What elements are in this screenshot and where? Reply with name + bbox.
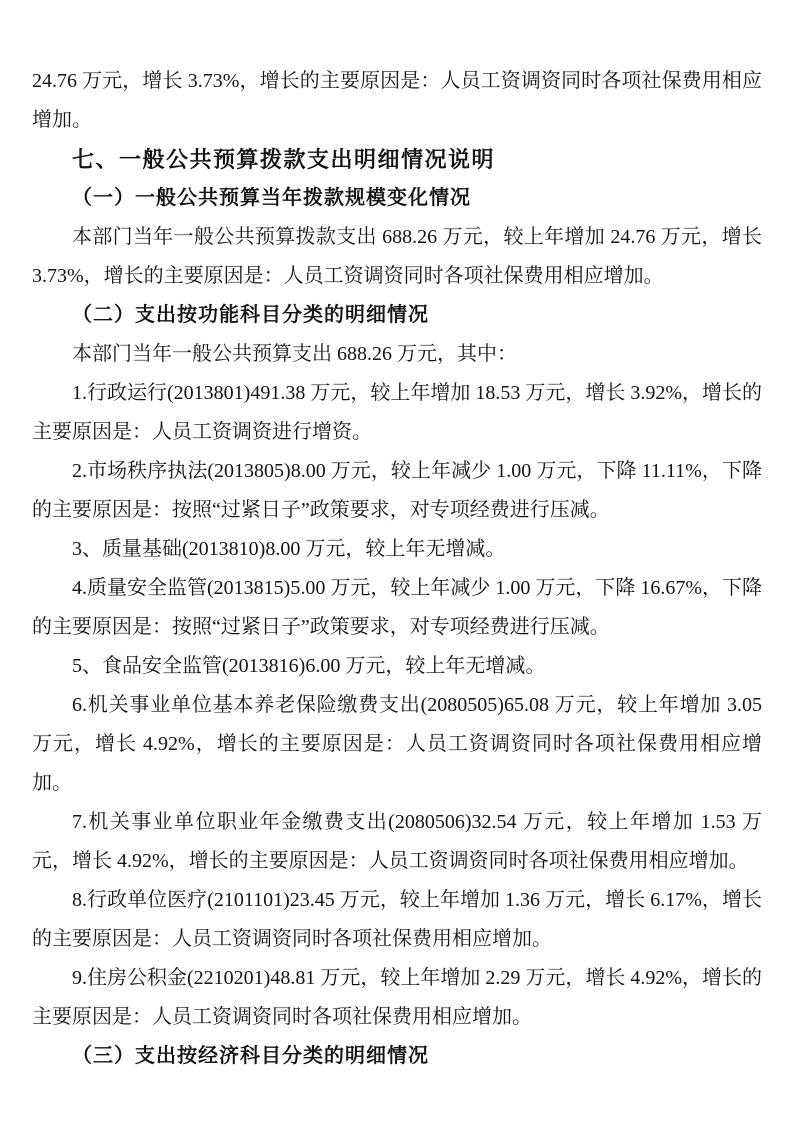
- paragraph: 7.机关事业单位职业年金缴费支出(2080506)32.54 万元，较上年增加 …: [32, 803, 762, 881]
- section-heading: 七、一般公共预算拨款支出明细情况说明: [32, 140, 762, 179]
- paragraph-continuation: 24.76 万元，增长 3.73%，增长的主要原因是：人员工资调资同时各项社保费…: [32, 62, 762, 140]
- document-body: 24.76 万元，增长 3.73%，增长的主要原因是：人员工资调资同时各项社保费…: [32, 62, 762, 1076]
- paragraph: 1.行政运行(2013801)491.38 万元，较上年增加 18.53 万元，…: [32, 374, 762, 452]
- paragraph: 4.质量安全监管(2013815)5.00 万元，较上年减少 1.00 万元，下…: [32, 569, 762, 647]
- paragraph: 3、质量基础(2013810)8.00 万元，较上年无增减。: [32, 530, 762, 569]
- paragraph: 本部门当年一般公共预算支出 688.26 万元，其中：: [32, 335, 762, 374]
- subsection-heading: （一）一般公共预算当年拨款规模变化情况: [32, 179, 762, 218]
- paragraph: 8.行政单位医疗(2101101)23.45 万元，较上年增加 1.36 万元，…: [32, 881, 762, 959]
- paragraph: 本部门当年一般公共预算拨款支出 688.26 万元，较上年增加 24.76 万元…: [32, 218, 762, 296]
- paragraph: 5、食品安全监管(2013816)6.00 万元，较上年无增减。: [32, 647, 762, 686]
- subsection-heading: （二）支出按功能科目分类的明细情况: [32, 296, 762, 335]
- document-page: 24.76 万元，增长 3.73%，增长的主要原因是：人员工资调资同时各项社保费…: [0, 0, 793, 1122]
- paragraph: 9.住房公积金(2210201)48.81 万元，较上年增加 2.29 万元，增…: [32, 959, 762, 1037]
- subsection-heading: （三）支出按经济科目分类的明细情况: [32, 1037, 762, 1076]
- paragraph: 2.市场秩序执法(2013805)8.00 万元，较上年减少 1.00 万元，下…: [32, 452, 762, 530]
- paragraph: 6.机关事业单位基本养老保险缴费支出(2080505)65.08 万元，较上年增…: [32, 686, 762, 803]
